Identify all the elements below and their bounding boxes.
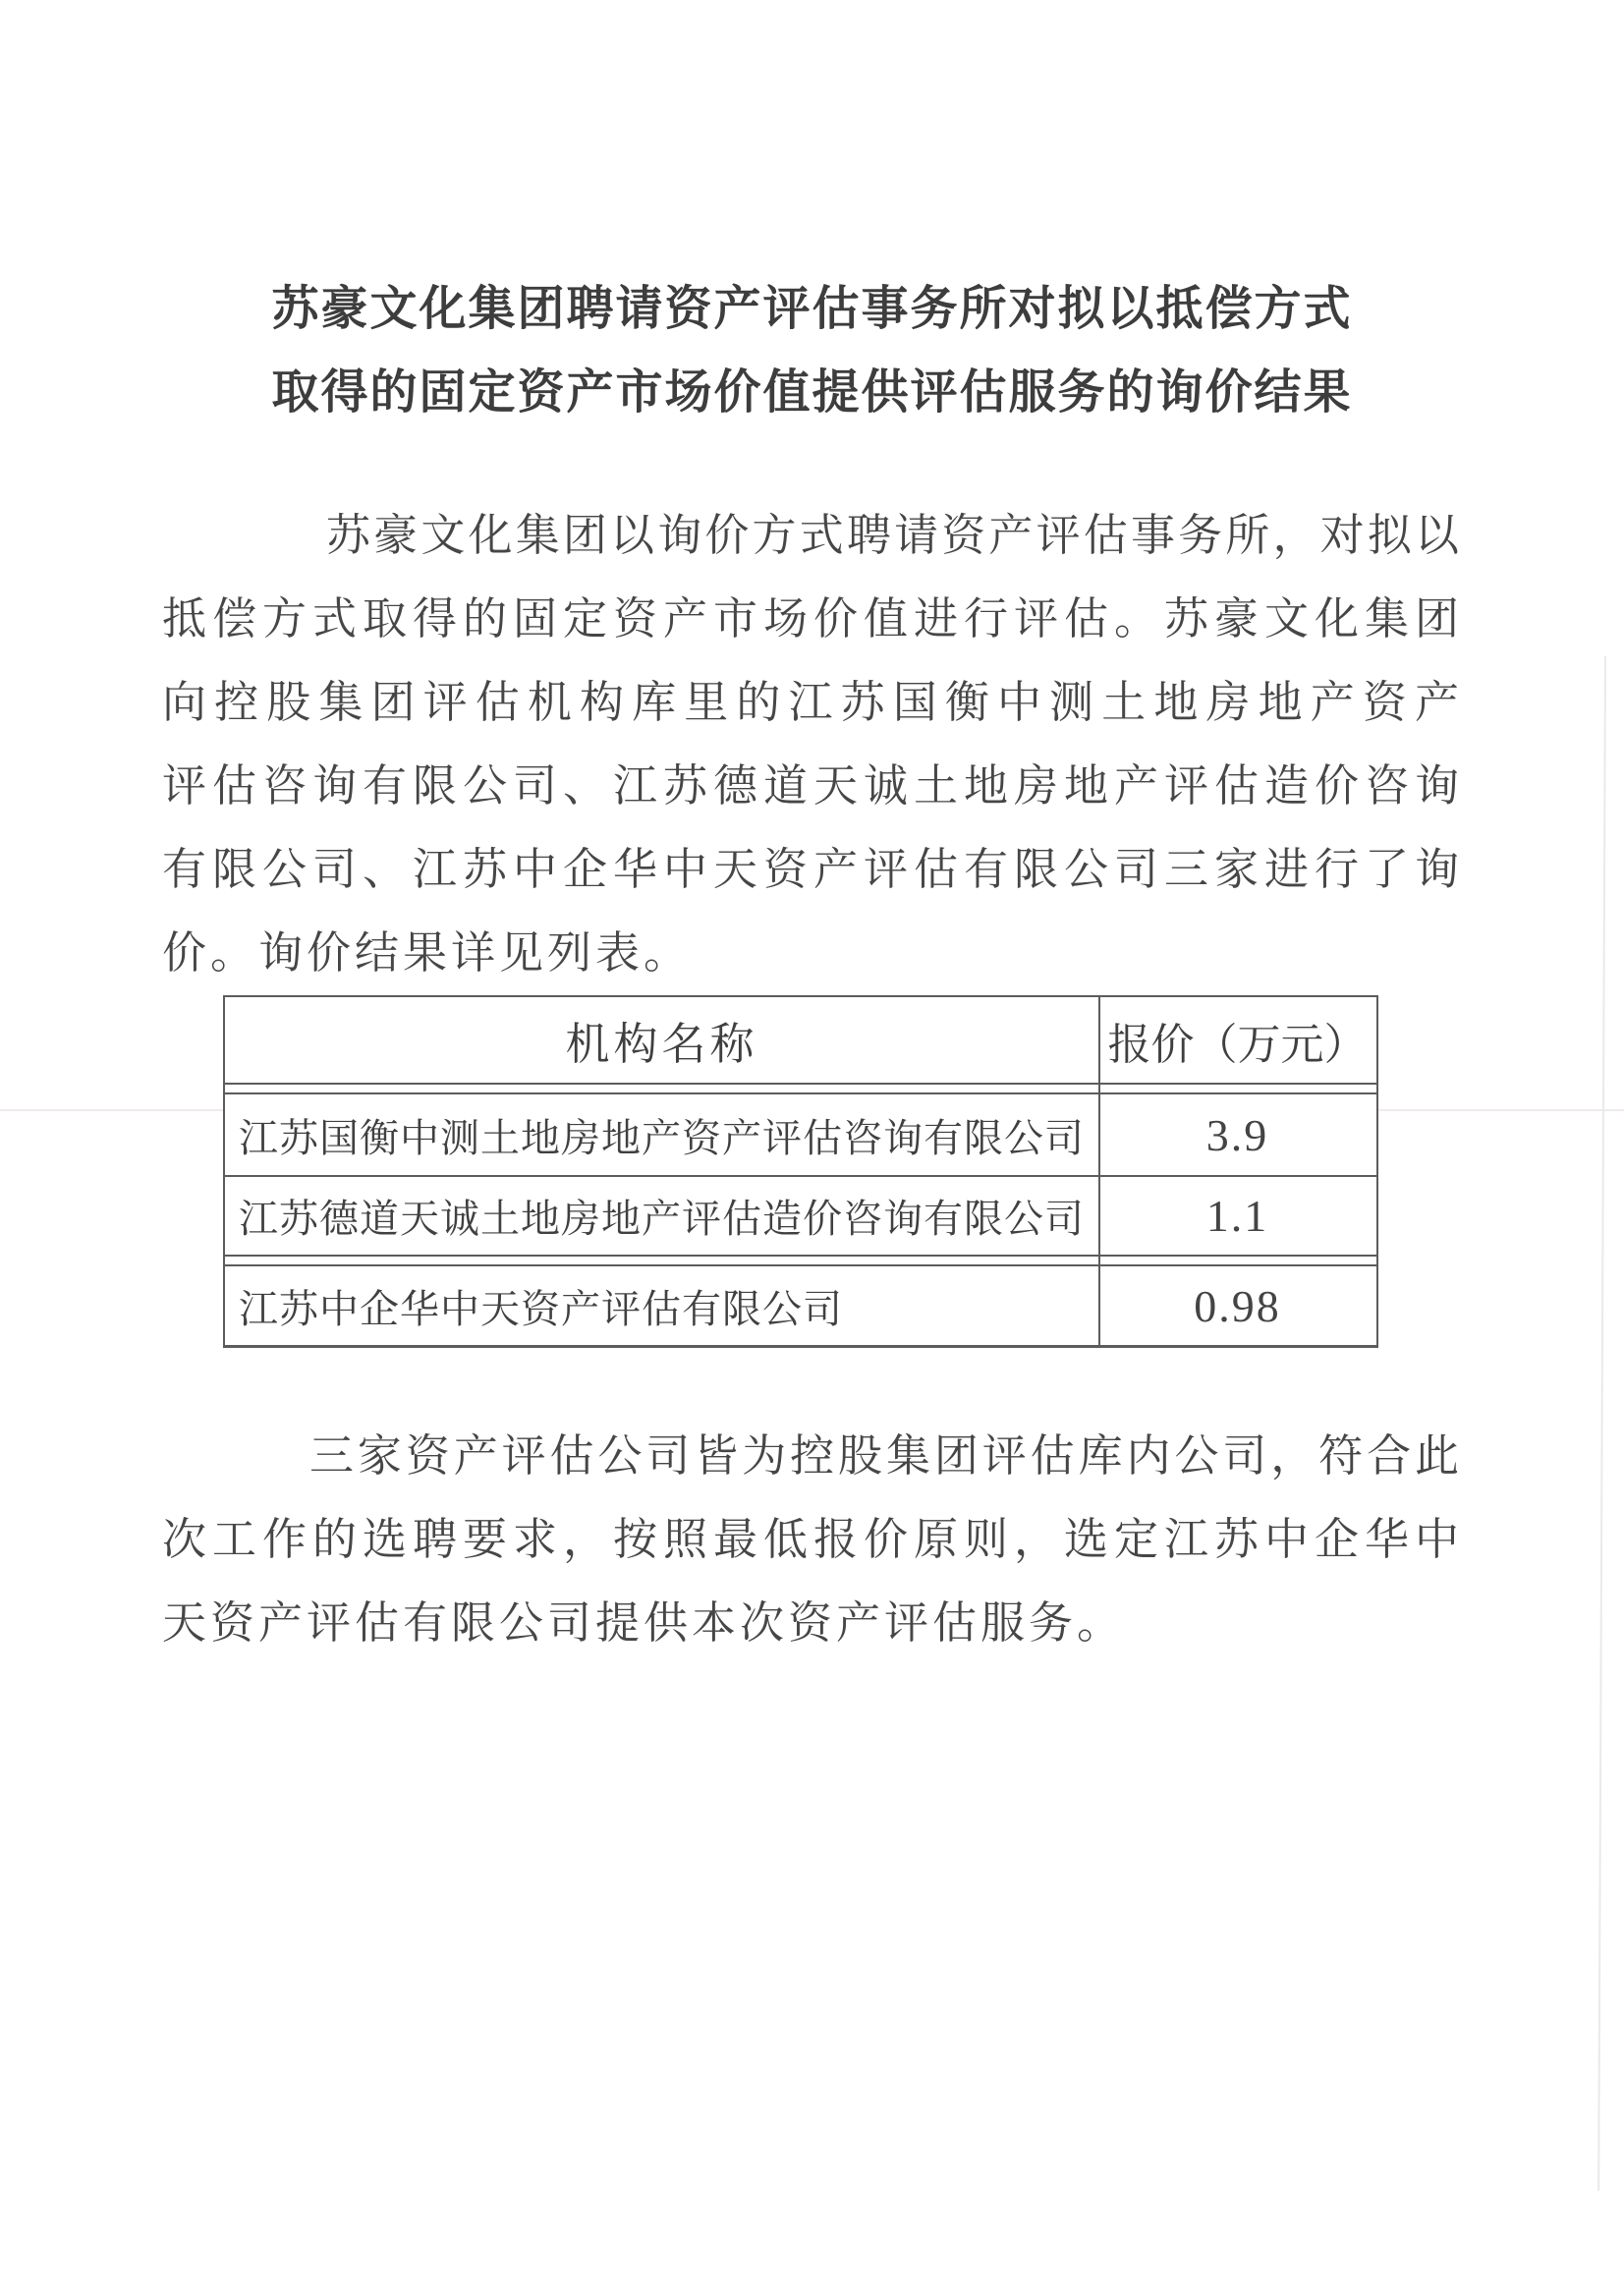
scan-artifact-vertical-line	[1597, 656, 1606, 2191]
price-cell: 1.1	[1098, 1190, 1376, 1242]
table-row: 江苏德道天诚土地房地产评估造价咨询有限公司 1.1	[225, 1177, 1376, 1255]
paragraph-conclusion-line: 次工作的选聘要求，按照最低报价原则，选定江苏中企华中	[162, 1498, 1459, 1582]
table-row-divider	[225, 1083, 1376, 1094]
price-cell: 3.9	[1098, 1109, 1376, 1161]
paragraph-intro-line: 苏豪文化集团以询价方式聘请资产评估事务所，对拟以	[162, 494, 1459, 578]
org-name-cell: 江苏国衡中测土地房地产资产评估咨询有限公司	[225, 1107, 1098, 1163]
table-header-price: 报价（万元）	[1098, 1009, 1376, 1072]
table-header-org-name: 机构名称	[225, 1008, 1098, 1072]
table-row-divider	[225, 1255, 1376, 1266]
table-column-divider	[1098, 997, 1100, 1345]
paragraph-intro-line: 评估咨询有限公司、江苏德道天诚土地房地产评估造价咨询	[162, 745, 1459, 828]
paragraph-conclusion: 三家资产评估公司皆为控股集团评估库内公司，符合此 次工作的选聘要求，按照最低报价…	[162, 1415, 1459, 1665]
table-row: 江苏中企华中天资产评估有限公司 0.98	[225, 1266, 1376, 1345]
table-row: 江苏国衡中测土地房地产资产评估咨询有限公司 3.9	[225, 1094, 1376, 1175]
document-title: 苏豪文化集团聘请资产评估事务所对拟以抵偿方式 取得的固定资产市场价值提供评估服务…	[0, 267, 1624, 434]
price-cell: 0.98	[1098, 1280, 1376, 1332]
quotation-table: 机构名称 报价（万元） 江苏国衡中测土地房地产资产评估咨询有限公司 3.9 江苏…	[223, 995, 1378, 1348]
paragraph-intro: 苏豪文化集团以询价方式聘请资产评估事务所，对拟以 抵偿方式取得的固定资产市场价值…	[162, 494, 1459, 995]
paragraph-conclusion-line: 三家资产评估公司皆为控股集团评估库内公司，符合此	[162, 1415, 1459, 1498]
paragraph-intro-line: 抵偿方式取得的固定资产市场价值进行评估。苏豪文化集团	[162, 578, 1459, 661]
paragraph-intro-line: 价。询价结果详见列表。	[162, 912, 1459, 995]
paragraph-conclusion-line: 天资产评估有限公司提供本次资产评估服务。	[162, 1582, 1459, 1665]
org-name-cell: 江苏中企华中天资产评估有限公司	[225, 1278, 1098, 1334]
document-title-line-1: 苏豪文化集团聘请资产评估事务所对拟以抵偿方式	[0, 267, 1624, 351]
document-page: 苏豪文化集团聘请资产评估事务所对拟以抵偿方式 取得的固定资产市场价值提供评估服务…	[0, 0, 1624, 2295]
document-title-line-2: 取得的固定资产市场价值提供评估服务的询价结果	[0, 351, 1624, 434]
paragraph-intro-line: 有限公司、江苏中企华中天资产评估有限公司三家进行了询	[162, 828, 1459, 912]
org-name-cell: 江苏德道天诚土地房地产评估造价咨询有限公司	[225, 1188, 1098, 1244]
paragraph-intro-line: 向控股集团评估机构库里的江苏国衡中测土地房地产资产	[162, 661, 1459, 745]
table-header-row: 机构名称 报价（万元）	[225, 997, 1376, 1083]
